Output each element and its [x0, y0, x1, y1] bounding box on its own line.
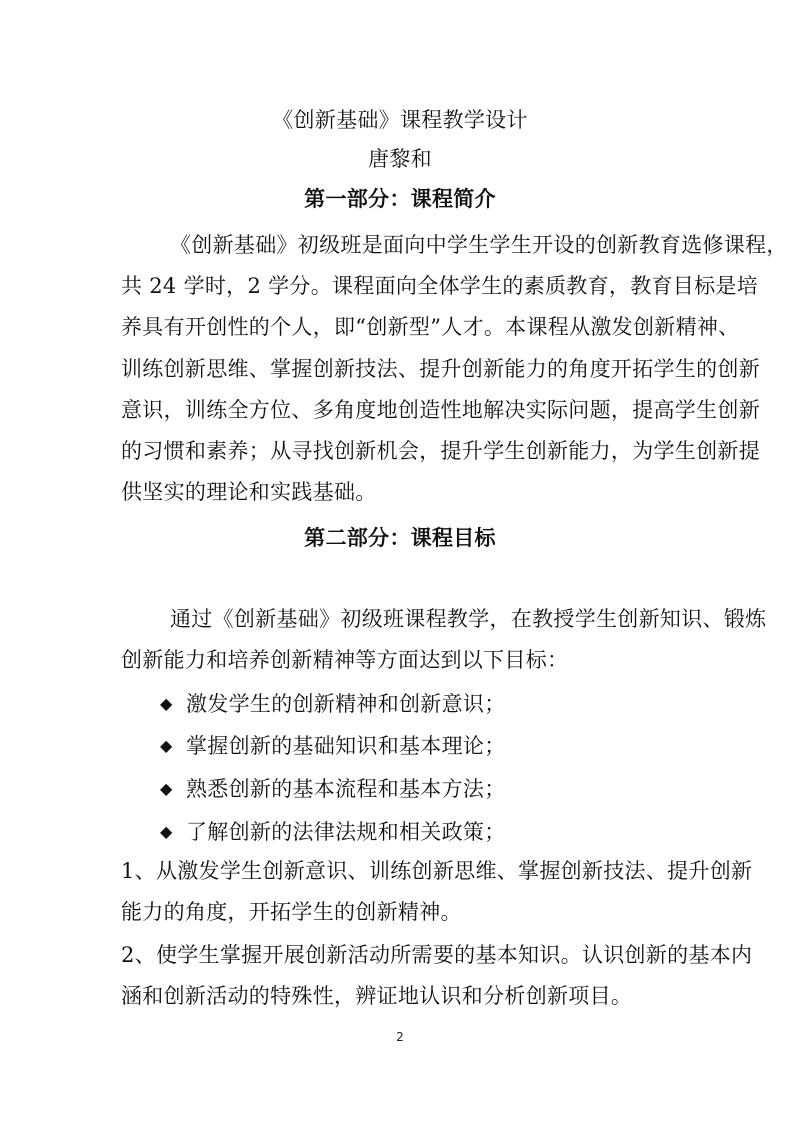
numbered-goal-line: 1、从激发学生创新意识、训练创新思维、掌握创新技法、提升创新 — [121, 857, 683, 885]
goal-bullet-item: ◆熟悉创新的基本流程和基本方法； — [160, 775, 722, 803]
diamond-bullet-icon: ◆ — [160, 690, 186, 718]
document-author: 唐黎和 — [0, 145, 800, 173]
numbered-goal-line: 能力的角度，开拓学生的创新精神。 — [121, 898, 683, 926]
section-1-paragraph-line: 意识，训练全方位、多角度地创造性地解决实际问题，提高学生创新 — [121, 396, 683, 424]
goal-bullet-item: ◆激发学生的创新精神和创新意识； — [160, 690, 722, 718]
page-number: 2 — [0, 1030, 800, 1044]
goal-bullet-text: 了解创新的法律法规和相关政策； — [186, 820, 506, 844]
goal-bullet-item: ◆掌握创新的基础知识和基本理论； — [160, 732, 722, 760]
section-1-paragraph-line: 的习惯和素养；从寻找创新机会，提升学生创新能力，为学生创新提 — [121, 437, 683, 465]
section-2-heading: 第二部分：课程目标 — [0, 524, 800, 552]
section-1-paragraph-line: 《创新基础》初级班是面向中学生学生开设的创新教育选修课程， — [170, 231, 732, 259]
numbered-goal-line: 2、使学生掌握开展创新活动所需要的基本知识。认识创新的基本内 — [121, 941, 683, 969]
goal-bullet-text: 熟悉创新的基本流程和基本方法； — [186, 777, 506, 801]
goal-bullet-text: 激发学生的创新精神和创新意识； — [186, 692, 506, 716]
goal-bullet-text: 掌握创新的基础知识和基本理论； — [186, 734, 506, 758]
document-title: 《创新基础》课程教学设计 — [0, 106, 800, 134]
section-1-paragraph-line: 养具有开创性的个人，即“创新型”人才。本课程从激发创新精神、 — [121, 313, 683, 341]
diamond-bullet-icon: ◆ — [160, 732, 186, 760]
section-2-intro-line: 创新能力和培养创新精神等方面达到以下目标： — [121, 646, 683, 674]
document-page: 《创新基础》课程教学设计 唐黎和 第一部分：课程简介 《创新基础》初级班是面向中… — [0, 0, 800, 1131]
diamond-bullet-icon: ◆ — [160, 818, 186, 846]
section-1-paragraph-line: 供坚实的理论和实践基础。 — [121, 478, 683, 506]
numbered-goal-line: 涵和创新活动的特殊性，辨证地认识和分析创新项目。 — [121, 982, 683, 1010]
section-1-paragraph-line: 共 24 学时，2 学分。课程面向全体学生的素质教育，教育目标是培 — [121, 272, 683, 300]
diamond-bullet-icon: ◆ — [160, 775, 186, 803]
goal-bullet-item: ◆了解创新的法律法规和相关政策； — [160, 818, 722, 846]
section-2-intro-line: 通过《创新基础》初级班课程教学，在教授学生创新知识、锻炼 — [170, 605, 732, 633]
section-1-paragraph-line: 训练创新思维、掌握创新技法、提升创新能力的角度开拓学生的创新 — [121, 355, 683, 383]
section-1-heading: 第一部分：课程简介 — [0, 185, 800, 213]
